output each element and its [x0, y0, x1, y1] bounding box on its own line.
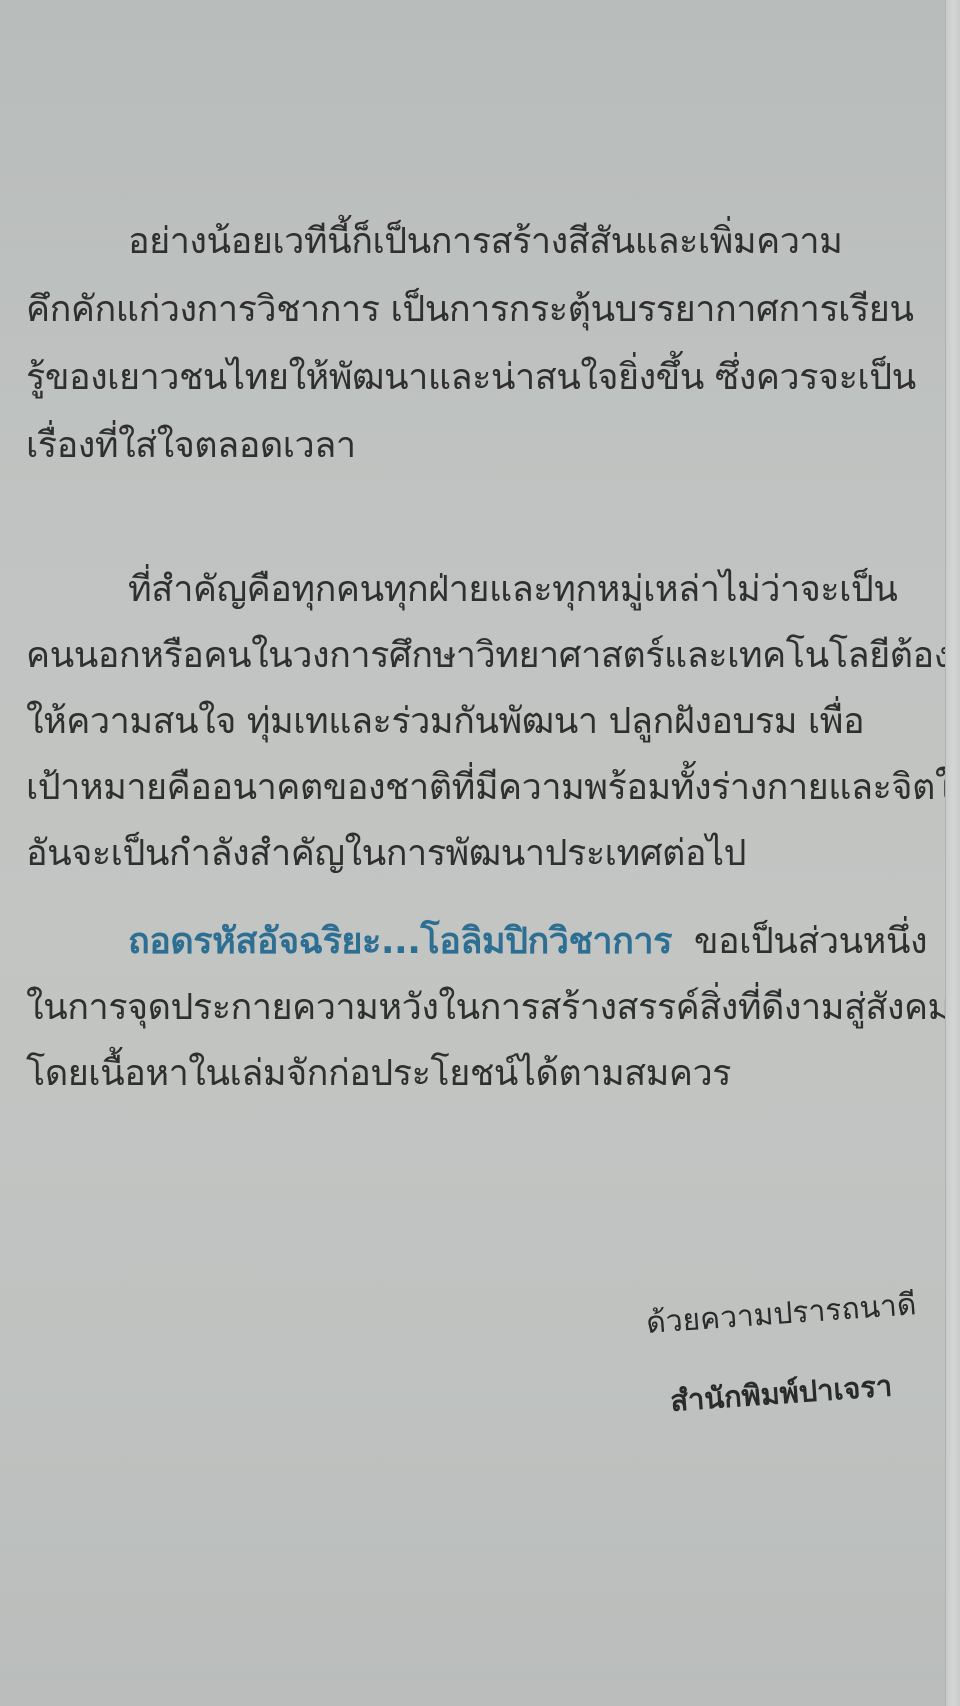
paragraph-line: ให้ความสนใจ ทุ่มเทและร่วมกันพัฒนา ปลูกฝั…: [26, 692, 864, 752]
book-title-highlight: ถอดรหัสอัจฉริยะ...โอลิมปิกวิชาการ: [128, 921, 672, 962]
paragraph-line: อันจะเป็นกำลังสำคัญในการพัฒนาประเทศต่อไป: [26, 824, 746, 884]
paragraph-line: เป้าหมายคืออนาคตของชาติที่มีความพร้อมทั้…: [26, 758, 960, 818]
paragraph-line: ที่สำคัญคือทุกคนทุกฝ่ายและทุกหมู่เหล่าไม…: [128, 560, 897, 620]
paragraph-text: ขอเป็นส่วนหนึ่ง: [672, 921, 927, 962]
paragraph-line: เรื่องที่ใส่ใจตลอดเวลา: [26, 416, 356, 476]
paragraph-line: รู้ของเยาวชนไทยให้พัฒนาและน่าสนใจยิ่งขึ้…: [26, 348, 916, 408]
paragraph-line: โดยเนื้อหาในเล่มจักก่อประโยชน์ได้ตามสมคว…: [26, 1044, 731, 1104]
page-edge: [945, 0, 960, 1706]
signature-closing: ด้วยความปรารถนาดี: [645, 1281, 918, 1347]
paragraph-line: ในการจุดประกายความหวังในการสร้างสรรค์สิ่…: [26, 978, 951, 1038]
signature-publisher: สำนักพิมพ์ปาเจรา: [669, 1363, 894, 1424]
book-page: อย่างน้อยเวทีนี้ก็เป็นการสร้างสีสันและเพ…: [0, 0, 945, 1706]
paragraph-line: คนนอกหรือคนในวงการศึกษาวิทยาศาสตร์และเทค…: [26, 626, 951, 686]
paragraph-line: ถอดรหัสอัจฉริยะ...โอลิมปิกวิชาการ ขอเป็น…: [128, 912, 927, 972]
paragraph-line: คึกคักแก่วงการวิชาการ เป็นการกระตุ้นบรรย…: [26, 280, 914, 340]
paragraph-line: อย่างน้อยเวทีนี้ก็เป็นการสร้างสีสันและเพ…: [128, 212, 842, 272]
